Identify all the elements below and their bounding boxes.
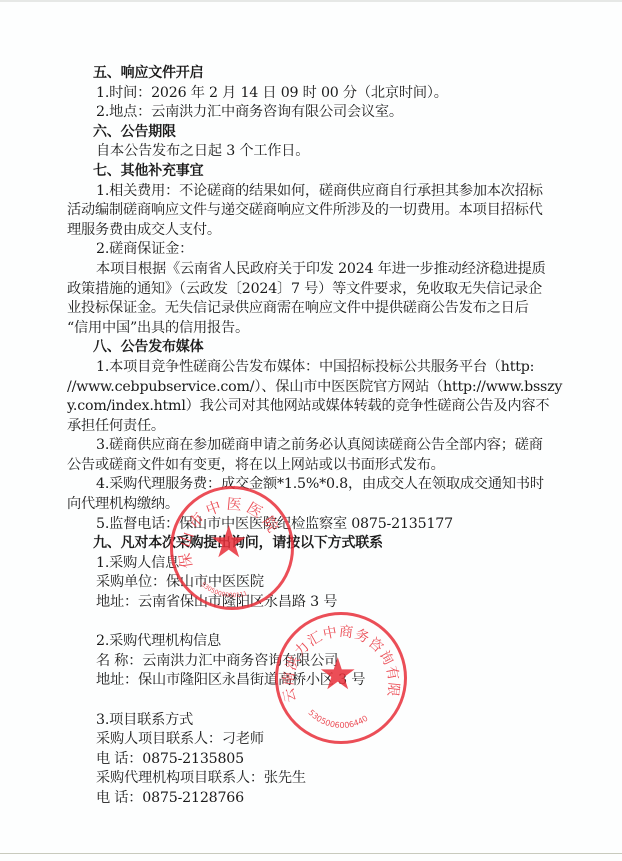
text-line: 2.采购代理机构信息 [67, 632, 557, 652]
text-line: 业投标保证金。无失信记录供应商需在响应文件中提供磋商公告发布之日后 [67, 299, 557, 319]
text-line: 电 话：0875-2135805 [67, 750, 557, 770]
text-line: 2.地点：云南洪力汇中商务咨询有限公司会议室。 [67, 103, 557, 123]
text-line: 活动编制磋商响应文件与递交磋商响应文件所涉及的一切费用。本项目招标代 [67, 201, 557, 221]
text-line: 地址：云南省保山市隆阳区永昌路 3 号 [67, 593, 557, 613]
text-line: 2.磋商保证金： [67, 240, 557, 260]
text-line: “信用中国”出具的信用报告。 [67, 319, 557, 339]
document-page: 五、响应文件开启1.时间：2026 年 2 月 14 日 09 时 00 分（北… [67, 64, 557, 809]
text-line: 4.采购代理服务费：成交金额*1.5%*0.8，由成交人在领取成交通知书时 [67, 475, 557, 495]
text-line: 地址：保山市隆阳区永昌街道高桥小区 3 号 [67, 671, 557, 691]
text-line: 5.监督电话：保山市中医医院纪检监察室 0875-2135177 [67, 515, 557, 535]
text-line: 1.时间：2026 年 2 月 14 日 09 时 00 分（北京时间）。 [67, 84, 557, 104]
text-line: 政策措施的通知》（云政发〔2024〕7 号）等文件要求，免收取无失信记录企 [67, 280, 557, 300]
text-line: //www.cebpubservice.com/）、保山市中医医院官方网站（ht… [67, 378, 557, 398]
text-line: 本项目根据《云南省人民政府关于印发 2024 年进一步推动经济稳进提质 [67, 260, 557, 280]
blank-line [67, 613, 557, 633]
text-line: 采购单位：保山市中医医院 [67, 573, 557, 593]
text-line: 公告或磋商文件如有变更，将在以上网站或以书面形式发布。 [67, 456, 557, 476]
text-line: 理服务费由成交人支付。 [67, 221, 557, 241]
page-top-edge [0, 0, 622, 2]
section-heading: 七、其他补充事宜 [67, 162, 557, 182]
page-bottom-edge [0, 853, 622, 854]
text-line: 3.磋商供应商在参加磋商申请之前务必认真阅读磋商公告全部内容；磋商 [67, 436, 557, 456]
text-line: 承担任何责任。 [67, 417, 557, 437]
text-line: 电 话：0875-2128766 [67, 789, 557, 809]
blank-line [67, 691, 557, 711]
section-heading: 九、凡对本次采购提出询问，请按以下方式联系 [67, 534, 557, 554]
text-line: 名 称：云南洪力汇中商务咨询有限公司 [67, 652, 557, 672]
text-line: y.com/index.html）我公司对其他网站或媒体转载的竞争性磋商公告及内… [67, 397, 557, 417]
text-line: 1.采购人信息 [67, 554, 557, 574]
section-heading: 八、公告发布媒体 [67, 338, 557, 358]
text-line: 1.相关费用：不论磋商的结果如何，磋商供应商自行承担其参加本次招标 [67, 182, 557, 202]
section-heading: 六、公告期限 [67, 123, 557, 143]
text-line: 1.本项目竞争性磋商公告发布媒体：中国招标投标公共服务平台（http: [67, 358, 557, 378]
text-line: 采购代理机构项目联系人：张先生 [67, 769, 557, 789]
text-line: 自本公告发布之日起 3 个工作日。 [67, 142, 557, 162]
text-line: 向代理机构缴纳。 [67, 495, 557, 515]
text-line: 3.项目联系方式 [67, 711, 557, 731]
section-heading: 五、响应文件开启 [67, 64, 557, 84]
text-line: 采购人项目联系人：刁老师 [67, 730, 557, 750]
